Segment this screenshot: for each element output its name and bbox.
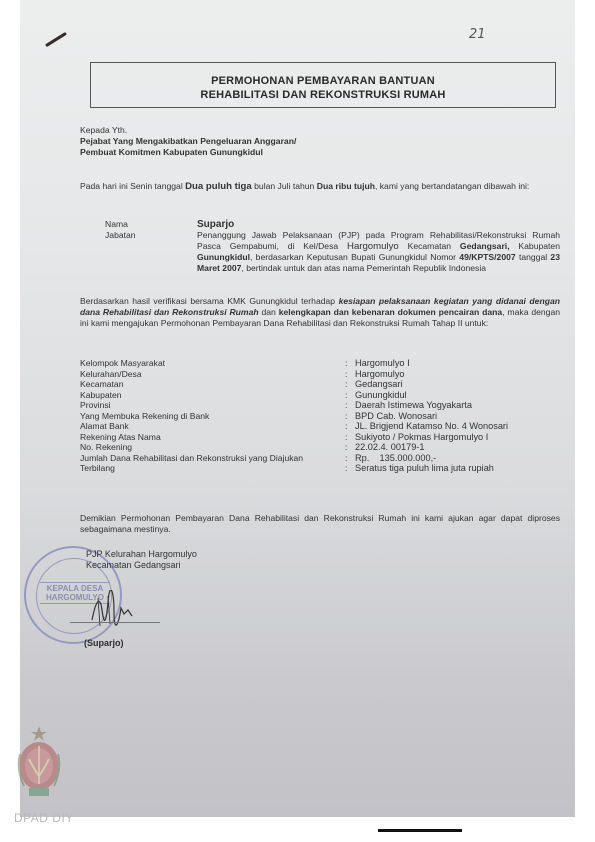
basis-text: dan: [259, 307, 279, 317]
detail-separator: :: [345, 358, 355, 369]
document-title: PERMOHONAN PEMBAYARAN BANTUAN REHABILITA…: [90, 62, 556, 108]
title-line-1: PERMOHONAN PEMBAYARAN BANTUAN: [91, 74, 555, 88]
opening-text: Pada hari ini Senin tanggal: [80, 181, 185, 191]
watermark: DPAD DIY: [14, 811, 74, 825]
name-label: Nama: [105, 219, 197, 230]
signatory-district: Kecamatan Gedangsari: [86, 560, 286, 571]
footer-bar: [378, 829, 462, 832]
detail-row: Jumlah Dana Rehabilitasi dan Rekonstruks…: [80, 453, 560, 464]
detail-separator: :: [345, 369, 355, 380]
detail-row: Kabupaten:Gunungkidul: [80, 390, 560, 401]
detail-separator: :: [345, 421, 355, 432]
position-text: Kabupaten: [510, 241, 560, 251]
detail-separator: :: [345, 411, 355, 422]
detail-label: Yang Membuka Rekening di Bank: [80, 411, 345, 422]
detail-label: Kelurahan/Desa: [80, 369, 345, 380]
detail-value: Daerah Istimewa Yogyakarta: [355, 400, 560, 411]
detail-value: Hargomulyo I: [355, 358, 560, 369]
district-name: Gedangsari,: [460, 241, 510, 251]
identity-block: Nama Suparjo Jabatan Penanggung Jawab Pe…: [105, 219, 560, 274]
detail-label: No. Rekening: [80, 442, 345, 453]
opening-text: , kami yang bertandatangan dibawah ini:: [375, 181, 529, 191]
page-number: 21: [469, 27, 486, 42]
detail-value: Sukiyoto / Pokmas Hargomulyo I: [355, 432, 560, 443]
detail-row: Kelompok Masyarakat:Hargomulyo I: [80, 358, 560, 369]
detail-label: Terbilang: [80, 463, 345, 474]
detail-row: Kecamatan:Gedangsari: [80, 379, 560, 390]
detail-separator: :: [345, 442, 355, 453]
detail-value: Seratus tiga puluh lima juta rupiah: [355, 463, 560, 474]
detail-label: Jumlah Dana Rehabilitasi dan Rekonstruks…: [80, 453, 345, 464]
detail-label: Kabupaten: [80, 390, 345, 401]
basis-text: Berdasarkan hasil verifikasi bersama KMK…: [80, 296, 339, 306]
basis-bold: kelengkapan dan kebenaran dokumen pencai…: [279, 307, 503, 317]
addressee-block: Kepada Yth. Pejabat Yang Mengakibatkan P…: [80, 125, 410, 158]
opening-text: bulan Juli tahun: [252, 181, 317, 191]
detail-row: Alamat Bank:JL. Brigjend Katamso No. 4 W…: [80, 421, 560, 432]
detail-row: Terbilang:Seratus tiga puluh lima juta r…: [80, 463, 560, 474]
payment-details-table: Kelompok Masyarakat:Hargomulyo IKeluraha…: [80, 358, 560, 474]
addressee-line-2: Pembuat Komitmen Kabupaten Gunungkidul: [80, 147, 410, 158]
detail-label: Rekening Atas Nama: [80, 432, 345, 443]
handwritten-signature: [88, 590, 138, 630]
position-text: , bertindak untuk dan atas nama Pemerint…: [241, 263, 486, 273]
detail-row: Provinsi:Daerah Istimewa Yogyakarta: [80, 400, 560, 411]
position-value: Penanggung Jawab Pelaksanaan (PJP) pada …: [197, 230, 560, 274]
detail-value: Gunungkidul: [355, 390, 560, 401]
title-line-2: REHABILITASI DAN REKONSTRUKSI RUMAH: [91, 88, 555, 102]
detail-label: Provinsi: [80, 400, 345, 411]
detail-separator: :: [345, 453, 355, 464]
detail-row: No. Rekening:22.02.4. 00179-1: [80, 442, 560, 453]
detail-row: Kelurahan/Desa:Hargomulyo: [80, 369, 560, 380]
signature-line: [70, 622, 160, 623]
basis-paragraph: Berdasarkan hasil verifikasi bersama KMK…: [80, 296, 560, 329]
detail-label: Alamat Bank: [80, 421, 345, 432]
opening-year: Dua ribu tujuh: [317, 181, 375, 191]
village-name: Hargomulyo: [347, 241, 399, 252]
salutation: Kepada Yth.: [80, 125, 410, 136]
identity-name-row: Nama Suparjo: [105, 219, 560, 230]
detail-separator: :: [345, 432, 355, 443]
detail-value: Gedangsari: [355, 379, 560, 390]
detail-row: Yang Membuka Rekening di Bank:BPD Cab. W…: [80, 411, 560, 422]
detail-label: Kelompok Masyarakat: [80, 358, 345, 369]
name-value: Suparjo: [197, 219, 560, 230]
government-emblem-icon: [14, 724, 64, 804]
detail-label: Kecamatan: [80, 379, 345, 390]
position-text: Kecamatan: [399, 241, 460, 251]
detail-separator: :: [345, 400, 355, 411]
detail-separator: :: [345, 390, 355, 401]
decree-number: 49/KPTS/2007: [459, 252, 515, 262]
signatory-name: (Suparjo): [84, 638, 124, 648]
detail-value: Hargomulyo: [355, 369, 560, 380]
closing-paragraph: Demikian Permohonan Pembayaran Dana Reha…: [80, 513, 560, 535]
opening-date: Dua puluh tiga: [185, 181, 252, 192]
detail-value: 22.02.4. 00179-1: [355, 442, 560, 453]
position-text: tanggal: [516, 252, 551, 262]
detail-row: Rekening Atas Nama:Sukiyoto / Pokmas Har…: [80, 432, 560, 443]
detail-separator: :: [345, 463, 355, 474]
detail-value: JL. Brigjend Katamso No. 4 Wonosari: [355, 421, 560, 432]
position-text: , berdasarkan Keputusan Bupati Gunungkid…: [250, 252, 459, 262]
signatory-title: PJP Kelurahan Hargomulyo: [86, 549, 286, 560]
signatory-block: PJP Kelurahan Hargomulyo Kecamatan Gedan…: [86, 549, 286, 571]
detail-separator: :: [345, 379, 355, 390]
detail-value: BPD Cab. Wonosari: [355, 411, 560, 422]
addressee-line-1: Pejabat Yang Mengakibatkan Pengeluaran A…: [80, 136, 410, 147]
opening-paragraph: Pada hari ini Senin tanggal Dua puluh ti…: [80, 181, 560, 192]
detail-value: Rp. 135.000.000,-: [355, 453, 560, 464]
regency-name: Gunungkidul: [197, 252, 250, 262]
identity-position-row: Jabatan Penanggung Jawab Pelaksanaan (PJ…: [105, 230, 560, 274]
position-label: Jabatan: [105, 230, 197, 274]
